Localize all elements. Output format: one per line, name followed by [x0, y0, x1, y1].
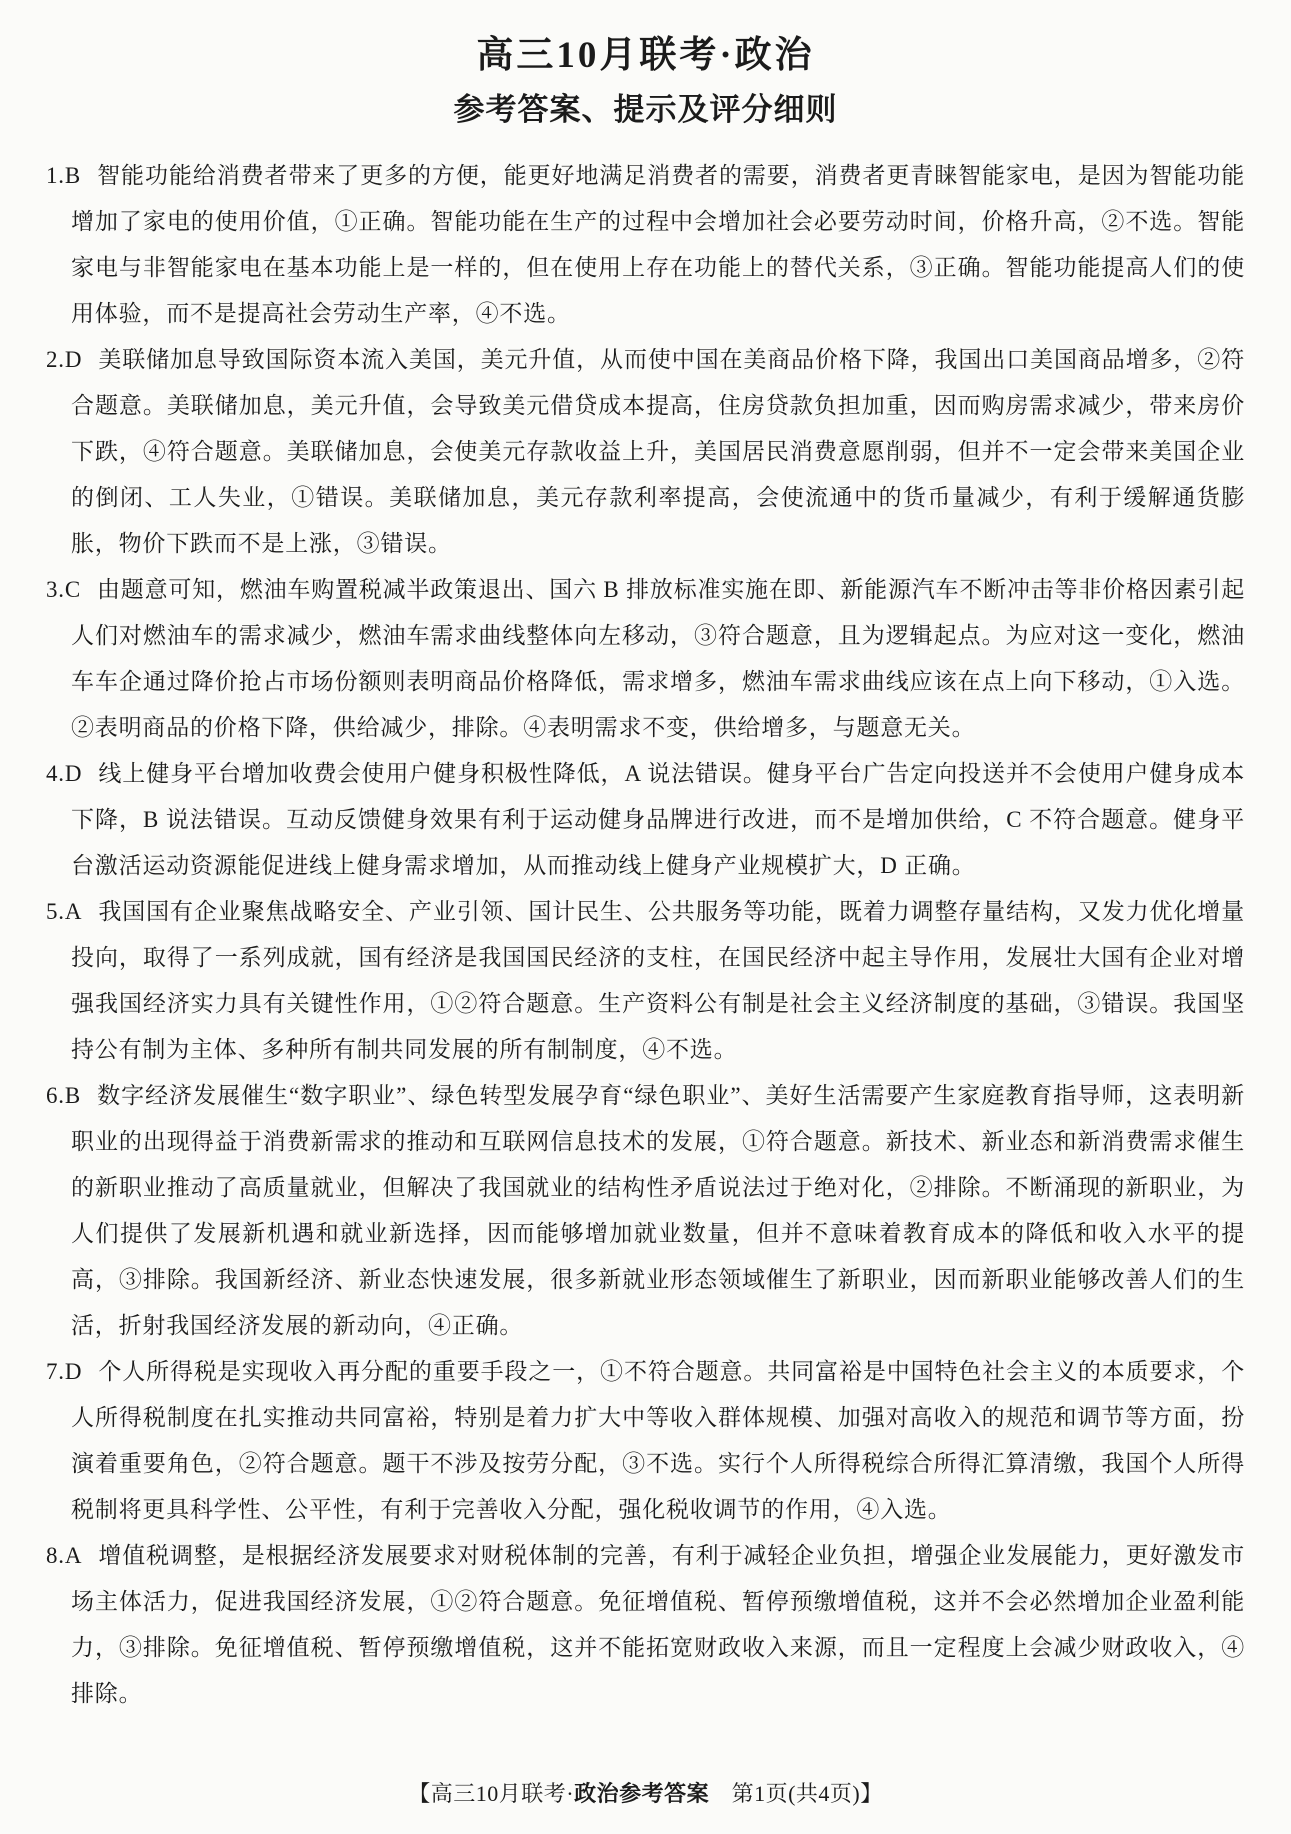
answer-text: 个人所得税是实现收入再分配的重要手段之一，①不符合题意。共同富裕是中国特色社会主…	[71, 1359, 1245, 1522]
answer-label: 3.C	[46, 577, 81, 602]
answer-text: 由题意可知，燃油车购置税减半政策退出、国六 B 排放标准实施在即、新能源汽车不断…	[71, 577, 1245, 740]
page-title: 高三10月联考·政治	[46, 24, 1245, 78]
answer-list: 1.B智能功能给消费者带来了更多的方便，能更好地满足消费者的需要，消费者更青睐智…	[46, 153, 1245, 1717]
answer-item-7: 7.D个人所得税是实现收入再分配的重要手段之一，①不符合题意。共同富裕是中国特色…	[46, 1349, 1245, 1533]
answer-item-2: 2.D美联储加息导致国际资本流入美国，美元升值，从而使中国在美商品价格下降，我国…	[46, 337, 1245, 567]
answer-text: 智能功能给消费者带来了更多的方便，能更好地满足消费者的需要，消费者更青睐智能家电…	[71, 163, 1245, 326]
answer-item-6: 6.B数字经济发展催生“数字职业”、绿色转型发展孕育“绿色职业”、美好生活需要产…	[46, 1073, 1245, 1349]
answer-label: 8.A	[46, 1543, 82, 1568]
answer-text: 美联储加息导致国际资本流入美国，美元升值，从而使中国在美商品价格下降，我国出口美…	[71, 347, 1245, 556]
footer-page-number: 第1页(共4页)】	[709, 1781, 883, 1806]
answer-label: 5.A	[46, 899, 82, 924]
answer-text: 增值税调整，是根据经济发展要求对财税体制的完善，有利于减轻企业负担，增强企业发展…	[71, 1543, 1245, 1706]
page-subtitle: 参考答案、提示及评分细则	[46, 84, 1245, 129]
answer-item-1: 1.B智能功能给消费者带来了更多的方便，能更好地满足消费者的需要，消费者更青睐智…	[46, 153, 1245, 337]
answer-text: 线上健身平台增加收费会使用户健身积极性降低，A 说法错误。健身平台广告定向投送并…	[71, 761, 1245, 878]
answer-label: 4.D	[46, 761, 82, 786]
exam-answer-page: 高三10月联考·政治 参考答案、提示及评分细则 1.B智能功能给消费者带来了更多…	[0, 0, 1291, 1834]
answer-item-4: 4.D线上健身平台增加收费会使用户健身积极性降低，A 说法错误。健身平台广告定向…	[46, 751, 1245, 889]
page-footer: 【高三10月联考·政治参考答案 第1页(共4页)】	[0, 1777, 1291, 1808]
answer-text: 数字经济发展催生“数字职业”、绿色转型发展孕育“绿色职业”、美好生活需要产生家庭…	[71, 1083, 1245, 1338]
answer-label: 1.B	[46, 163, 81, 188]
answer-item-5: 5.A我国国有企业聚焦战略安全、产业引领、国计民生、公共服务等功能，既着力调整存…	[46, 889, 1245, 1073]
answer-item-8: 8.A增值税调整，是根据经济发展要求对财税体制的完善，有利于减轻企业负担，增强企…	[46, 1533, 1245, 1717]
footer-doc-name: 政治参考答案	[574, 1781, 709, 1806]
answer-label: 6.B	[46, 1083, 81, 1108]
footer-exam-name: 【高三10月联考·	[408, 1781, 574, 1806]
answer-label: 2.D	[46, 347, 82, 372]
answer-item-3: 3.C由题意可知，燃油车购置税减半政策退出、国六 B 排放标准实施在即、新能源汽…	[46, 567, 1245, 751]
answer-text: 我国国有企业聚焦战略安全、产业引领、国计民生、公共服务等功能，既着力调整存量结构…	[71, 899, 1245, 1062]
answer-label: 7.D	[46, 1359, 82, 1384]
